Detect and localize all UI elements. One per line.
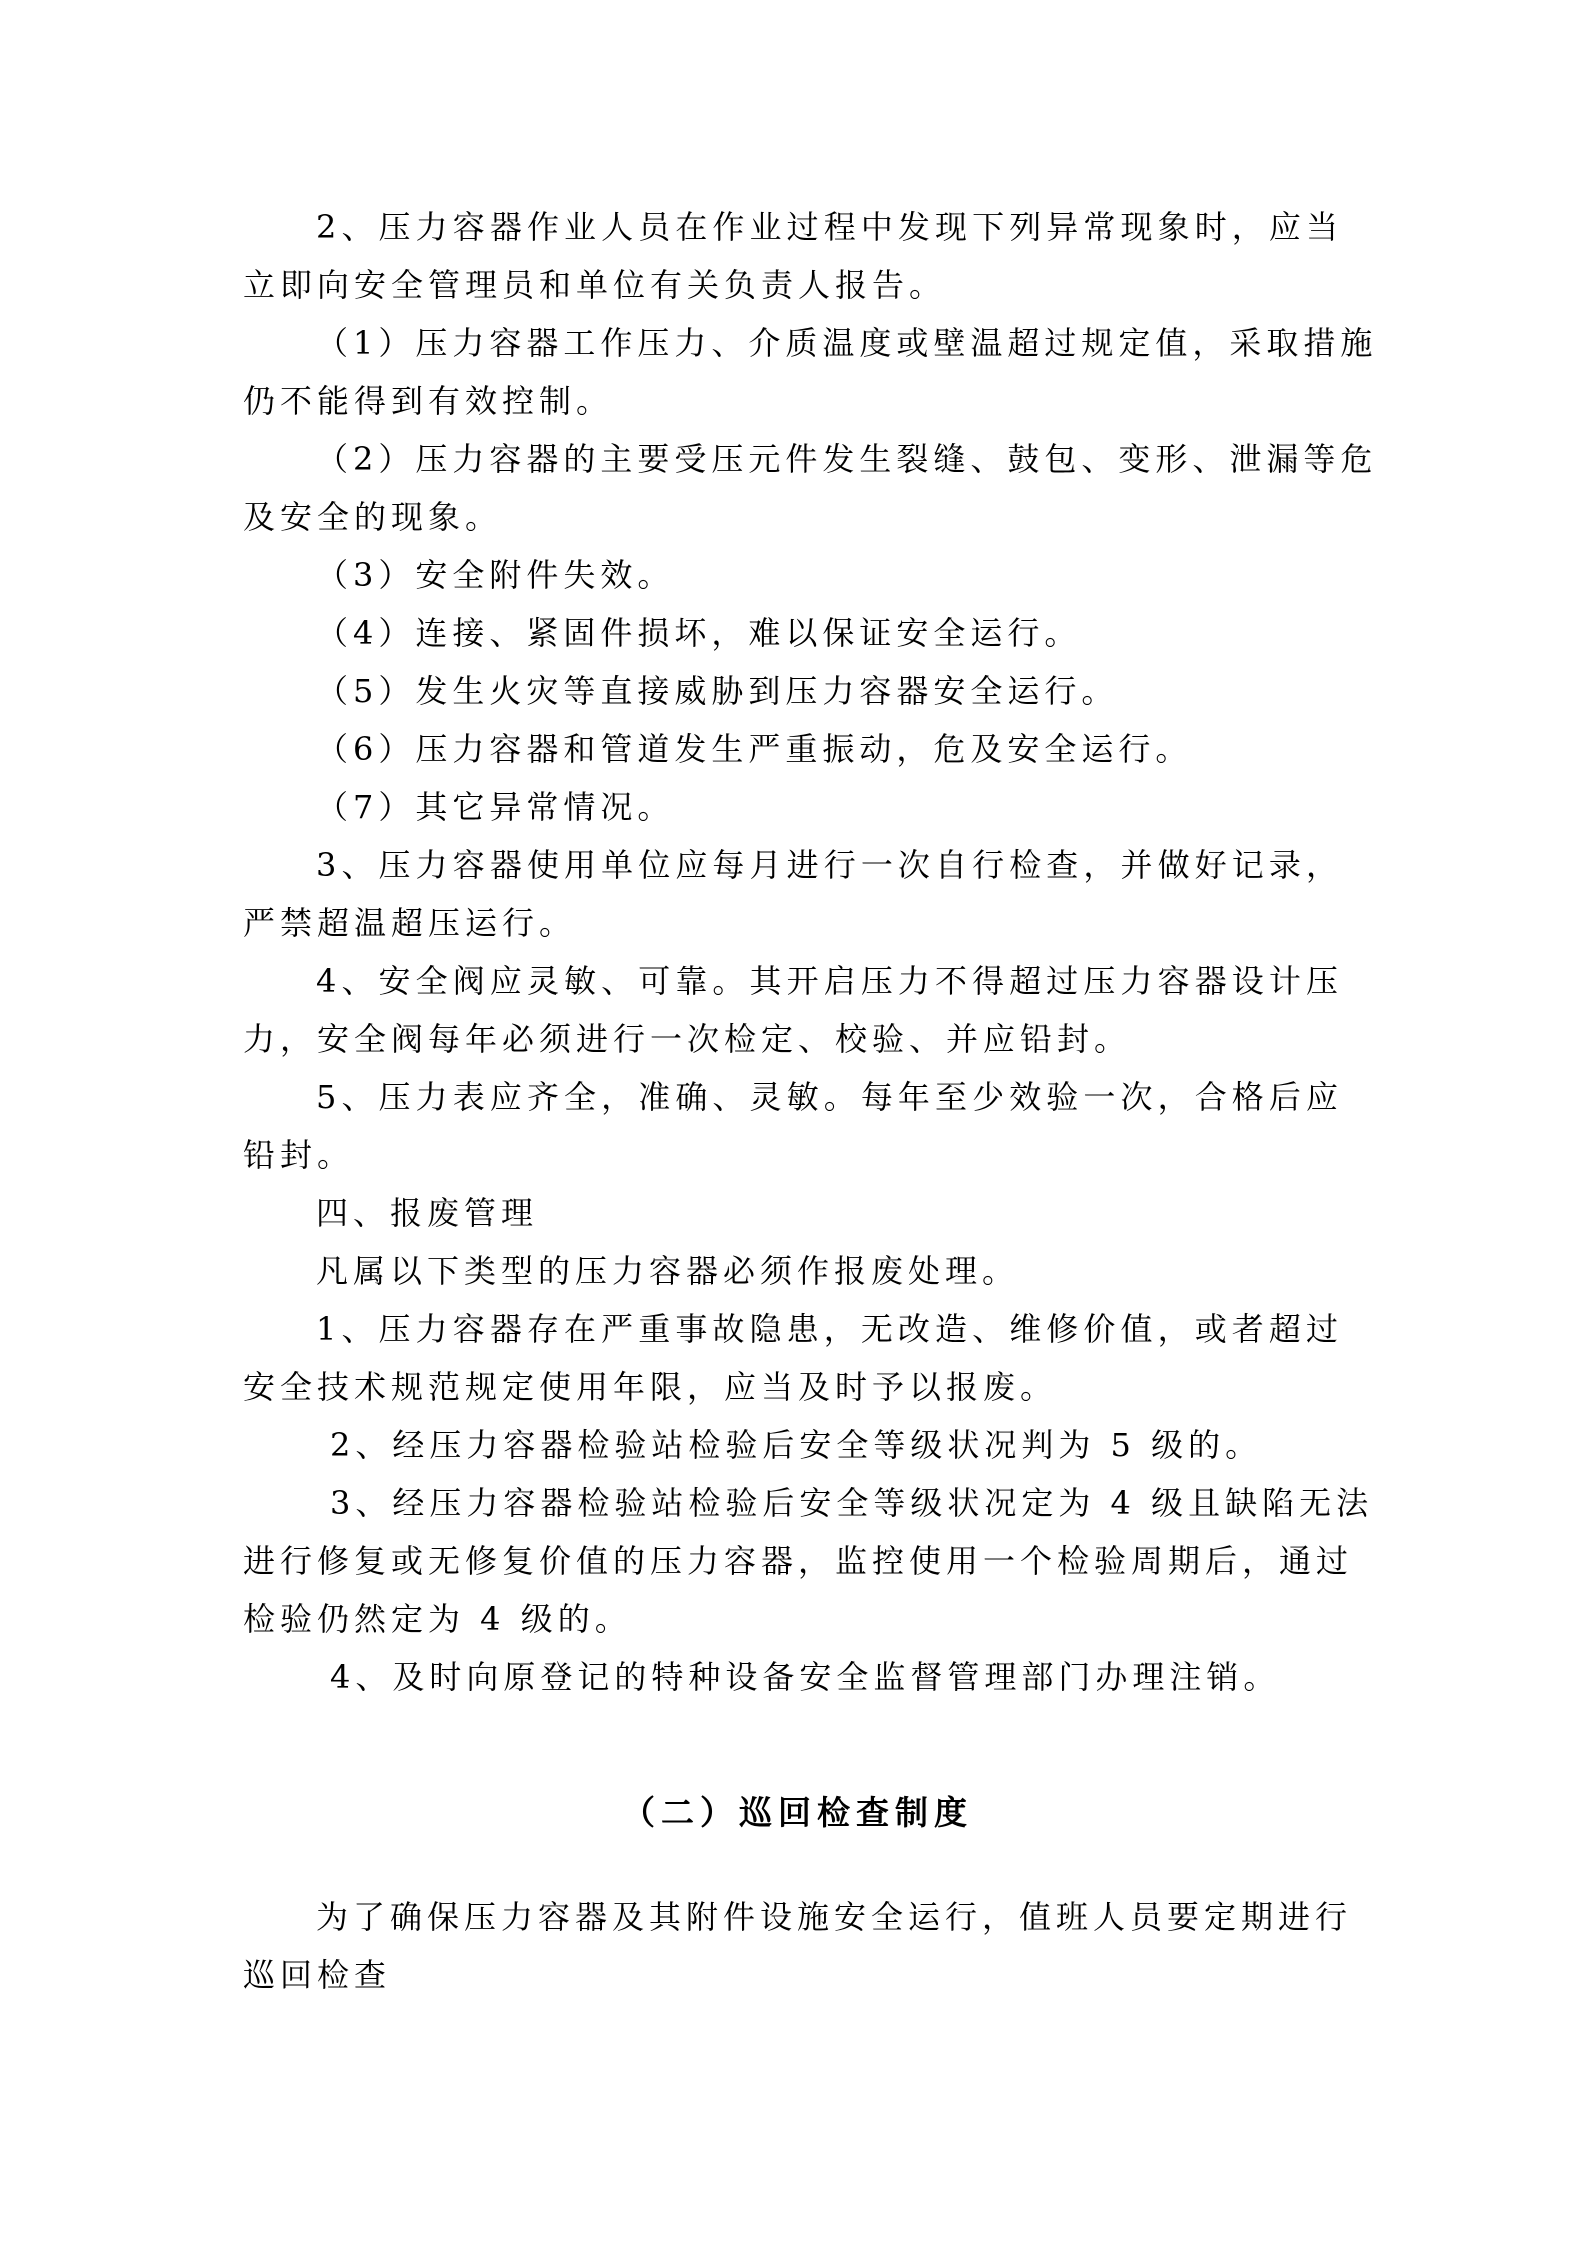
inspection-paragraph-line-1: 为了确保压力容器及其附件设施安全运行，值班人员要定期进行 [316, 1895, 1343, 1939]
inspection-paragraph-line-2: 巡回检查 [243, 1953, 1343, 1997]
scrap-item-2: 2、经压力容器检验站检验后安全等级状况判为 5 级的。 [330, 1423, 1343, 1467]
section-4-intro: 凡属以下类型的压力容器必须作报废处理。 [316, 1249, 1343, 1293]
sub-item-4: （4）连接、紧固件损坏，难以保证安全运行。 [316, 611, 1343, 655]
paragraph-item-4-line-1: 4、安全阀应灵敏、可靠。其开启压力不得超过压力容器设计压 [316, 959, 1343, 1003]
section-4-title: 四、报废管理 [316, 1191, 1343, 1235]
scrap-item-1-line-2: 安全技术规范规定使用年限，应当及时予以报废。 [243, 1365, 1343, 1409]
sub-item-7: （7）其它异常情况。 [316, 785, 1343, 829]
sub-item-3: （3）安全附件失效。 [316, 553, 1343, 597]
section-heading-inspection-system: （二）巡回检查制度 [0, 1790, 1587, 1836]
paragraph-item-3-line-1: 3、压力容器使用单位应每月进行一次自行检查，并做好记录， [316, 843, 1343, 887]
paragraph-item-2-line-1: 2、压力容器作业人员在作业过程中发现下列异常现象时，应当 [316, 205, 1343, 249]
scrap-item-4: 4、及时向原登记的特种设备安全监督管理部门办理注销。 [330, 1655, 1343, 1699]
paragraph-item-5-line-2: 铅封。 [243, 1133, 1343, 1177]
paragraph-item-5-line-1: 5、压力表应齐全，准确、灵敏。每年至少效验一次，合格后应 [316, 1075, 1343, 1119]
sub-item-2-line-2: 及安全的现象。 [243, 495, 1343, 539]
sub-item-1-line-1: （1）压力容器工作压力、介质温度或壁温超过规定值，采取措施 [316, 321, 1343, 365]
scrap-item-1-line-1: 1、压力容器存在严重事故隐患，无改造、维修价值，或者超过 [316, 1307, 1343, 1351]
paragraph-item-2-line-2: 立即向安全管理员和单位有关负责人报告。 [243, 263, 1343, 307]
scrap-item-3-line-1: 3、经压力容器检验站检验后安全等级状况定为 4 级且缺陷无法 [330, 1481, 1343, 1525]
paragraph-item-4-line-2: 力，安全阀每年必须进行一次检定、校验、并应铅封。 [243, 1017, 1343, 1061]
document-page: 2、压力容器作业人员在作业过程中发现下列异常现象时，应当 立即向安全管理员和单位… [0, 0, 1587, 2245]
sub-item-2-line-1: （2）压力容器的主要受压元件发生裂缝、鼓包、变形、泄漏等危 [316, 437, 1343, 481]
paragraph-item-3-line-2: 严禁超温超压运行。 [243, 901, 1343, 945]
scrap-item-3-line-2: 进行修复或无修复价值的压力容器，监控使用一个检验周期后，通过 [243, 1539, 1343, 1583]
sub-item-1-line-2: 仍不能得到有效控制。 [243, 379, 1343, 423]
sub-item-5: （5）发生火灾等直接威胁到压力容器安全运行。 [316, 669, 1343, 713]
scrap-item-3-line-3: 检验仍然定为 4 级的。 [243, 1597, 1343, 1641]
sub-item-6: （6）压力容器和管道发生严重振动，危及安全运行。 [316, 727, 1343, 771]
